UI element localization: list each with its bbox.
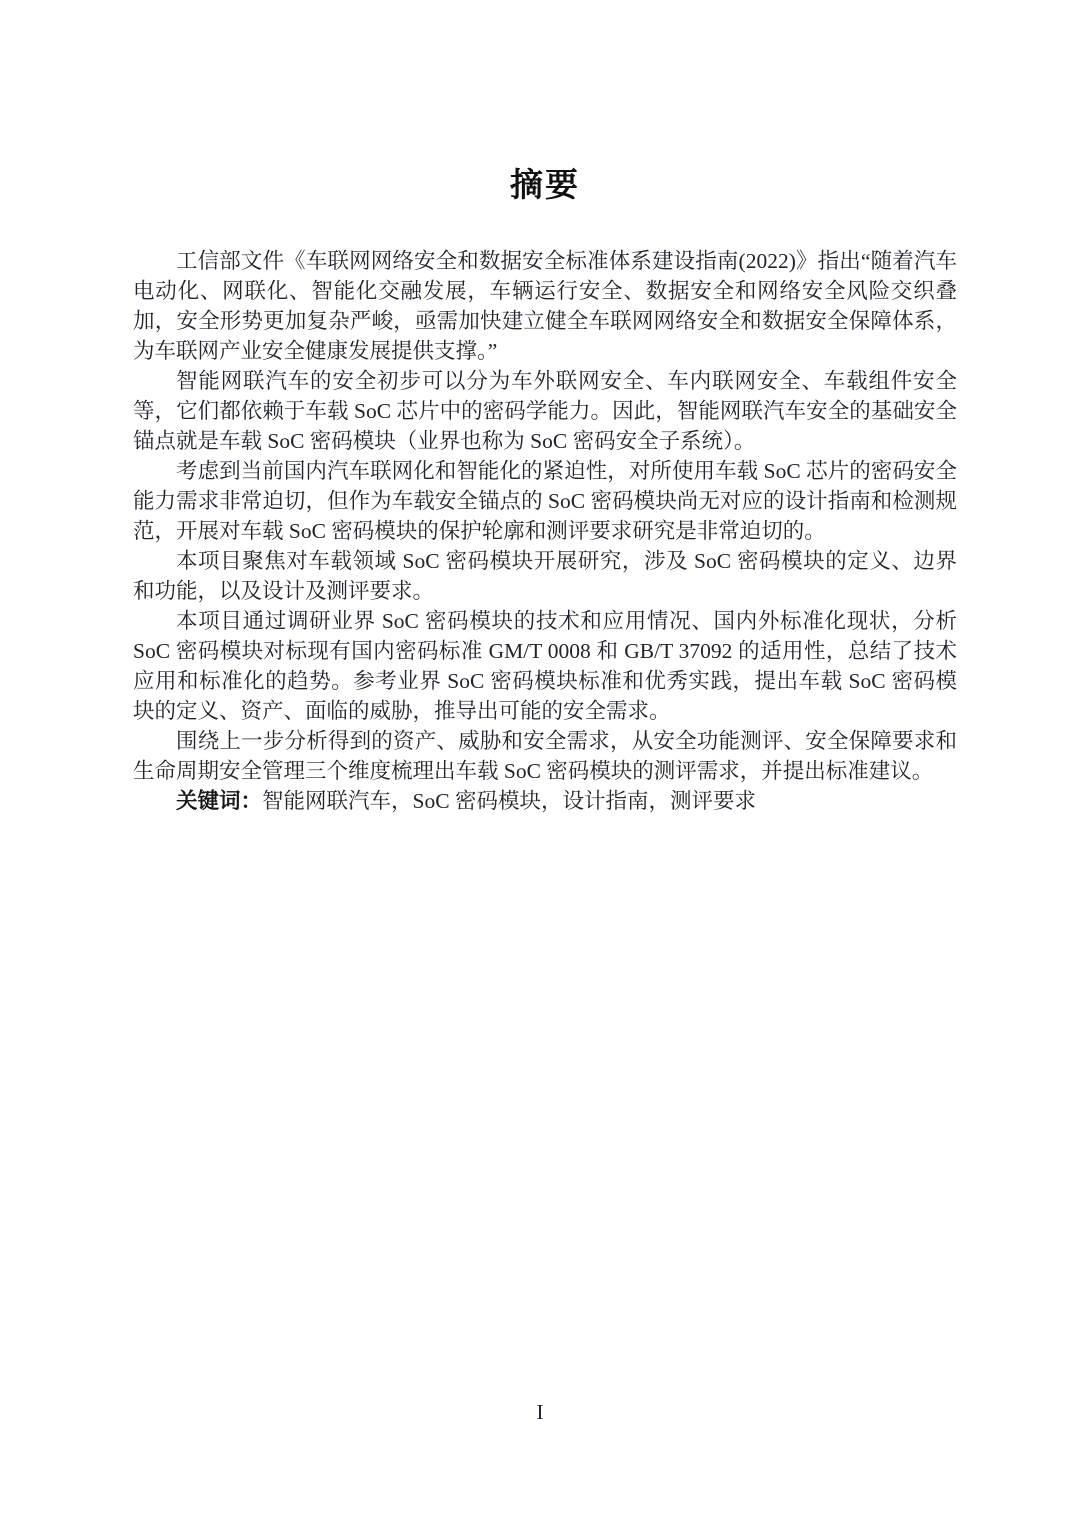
page-title: 摘要 bbox=[133, 168, 957, 204]
abstract-paragraph-1: 工信部文件《车联网网络安全和数据安全标准体系建设指南(2022)》指出“随着汽车… bbox=[133, 246, 957, 366]
keywords-label: 关键词： bbox=[176, 789, 262, 813]
abstract-paragraph-4: 本项目聚焦对车载领域 SoC 密码模块开展研究，涉及 SoC 密码模块的定义、边… bbox=[133, 546, 957, 606]
keywords-text: 智能网联汽车，SoC 密码模块，设计指南，测评要求 bbox=[262, 789, 756, 813]
abstract-paragraph-5: 本项目通过调研业界 SoC 密码模块的技术和应用情况、国内外标准化现状，分析 S… bbox=[133, 606, 957, 726]
keywords-line: 关键词：智能网联汽车，SoC 密码模块，设计指南，测评要求 bbox=[133, 786, 957, 816]
abstract-paragraph-2: 智能网联汽车的安全初步可以分为车外联网安全、车内联网安全、车载组件安全等，它们都… bbox=[133, 366, 957, 456]
document-page: 摘要 工信部文件《车联网网络安全和数据安全标准体系建设指南(2022)》指出“随… bbox=[0, 0, 1080, 1528]
abstract-paragraph-6: 围绕上一步分析得到的资产、威胁和安全需求，从安全功能测评、安全保障要求和生命周期… bbox=[133, 726, 957, 786]
abstract-paragraph-3: 考虑到当前国内汽车联网化和智能化的紧迫性，对所使用车载 SoC 芯片的密码安全能… bbox=[133, 456, 957, 546]
page-number: I bbox=[0, 1400, 1080, 1425]
abstract-section: 摘要 工信部文件《车联网网络安全和数据安全标准体系建设指南(2022)》指出“随… bbox=[133, 0, 957, 816]
